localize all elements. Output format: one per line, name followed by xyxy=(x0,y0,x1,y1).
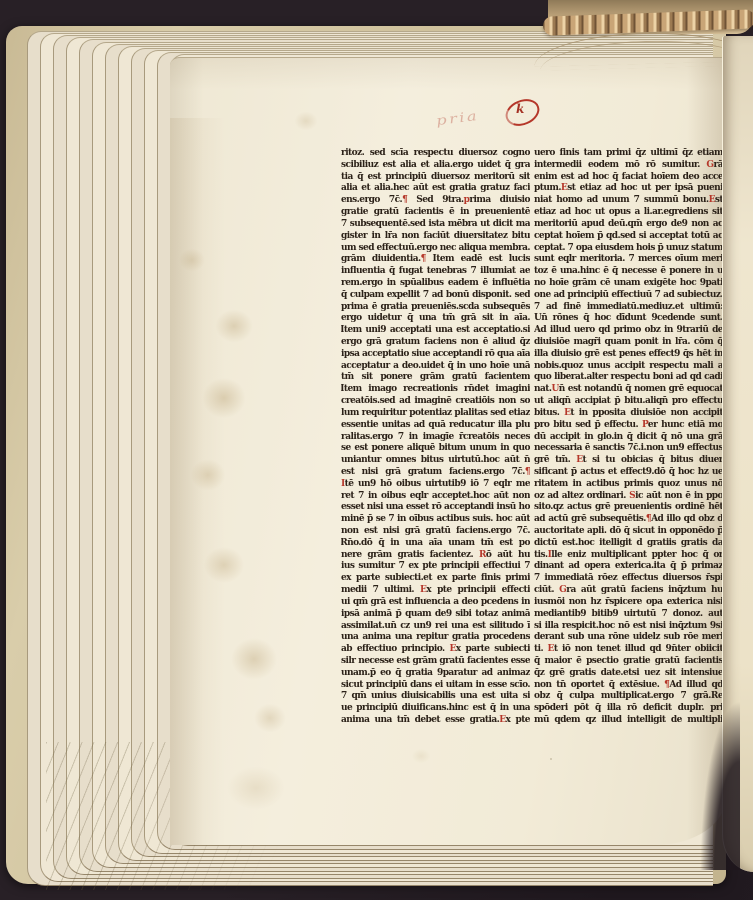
stain-blob xyxy=(194,370,254,426)
text-line: ciūt. Gra aūt gratū faciens inq̄ztum hu xyxy=(534,585,723,597)
text-line: ab effectiuo principio. Ex parte subiect… xyxy=(341,644,530,656)
text-line: q̄ maior ē psectio gratie gratū facienti… xyxy=(534,656,723,668)
rubric-mark: ¶ xyxy=(525,467,530,477)
text-line: essentie unitas ad quā reducatur illa pl… xyxy=(341,420,530,432)
text-line: dictū est.hoc itelligit̄ d̄ gratiis grat… xyxy=(534,538,723,550)
text-line: sicut principiū dans ei uitam in esse sc… xyxy=(341,680,530,692)
text-line: bitus. Et in pposita diuisiōe non accipi… xyxy=(534,408,723,420)
text-line: grām diuidentia.¶ Item eadē est lucis xyxy=(341,254,530,266)
text-column-right: uero finis tam primi q̄z ultimī q̄z etia… xyxy=(534,148,723,732)
text-line: no hoīe grām cē unam exigēte hoc 9pati xyxy=(534,278,723,290)
text-line: sito.qz actus grē preuenientis ordinē hē… xyxy=(534,502,723,514)
text-line: ipsā animā p̄ quam de9 sibi totaz animā xyxy=(341,609,530,621)
text-line: ceptat. 7 opa eiusdem hois p̄ unuz statu… xyxy=(534,243,723,255)
stain-blob xyxy=(408,746,434,766)
text-line: creatōis.sed ad imaginē creatiōis non so xyxy=(341,396,530,408)
text-line: alia et alia.hec aūt est gratia gratuz f… xyxy=(341,183,530,195)
text-line: dinant̄ ad opera exterica.ita q̄ p̄ prim… xyxy=(534,561,723,573)
text-line: scibiliuz est alia et alia.ergo uidet q̄… xyxy=(341,160,530,172)
text-line: gratie gratū facientis ē in preuenientē xyxy=(341,207,530,219)
stain-blob xyxy=(290,108,322,134)
text-line: influentia q̄ fugat tenebras 7 illumiat … xyxy=(341,266,530,278)
text-line: q̄ culpam expellit 7 ad bonū disponit. s… xyxy=(341,290,530,302)
text-line: ergo uidetur q̄ una tm̄ grā sit in aīa. xyxy=(341,313,530,325)
text-line: diuisiōe magr̄i quam ponit in lr̄a. cōm … xyxy=(534,337,723,349)
text-line: one ad principiū effectiuū 7 ad subiectu… xyxy=(534,290,723,302)
text-line: etiaz ad hoc ut opus a li.ar.egrediens s… xyxy=(534,207,723,219)
text-line: nat.Un̄ est notandū q̄ nomen grē equocat… xyxy=(534,384,723,396)
text-line: tia q̄ est principiū diuersoz meritorū s… xyxy=(341,172,530,184)
text-line: ¶Item uni9 acceptati una est acceptatio.… xyxy=(341,325,530,337)
text-line: 7 subsequentē.sed ista mēbra ut dicit ma xyxy=(341,219,530,231)
text-line: rem.ergo in spūalibus eadem ē influētia xyxy=(341,278,530,290)
text-line: lum requiritur potentiaz pl̄alitas sed e… xyxy=(341,408,530,420)
text-line: medii 7 ultimi. Ex pte principii effecti xyxy=(341,585,530,597)
text-line: sificant̄ p̄ actus et effect9.dō q̄ hoc … xyxy=(534,467,723,479)
stain-blob xyxy=(184,453,232,497)
text-line: intermedii eodem mō rō sumitur. Grā xyxy=(534,160,723,172)
stain-blob xyxy=(222,630,286,688)
text-line: ceptat hoīem p̄ qd.sed si acceptat totū … xyxy=(534,231,723,243)
text-line: ipsa acceptatio siue acceptandi rō qua a… xyxy=(341,349,530,361)
text-line: assimilat.un̄ cz un9 rei una est sil̄itu… xyxy=(341,621,530,633)
text-line: mū qdem qz illud intelligit̄ de multipli xyxy=(534,715,723,727)
text-line: Itē un9 hō oibus uirtutib9 iō 7 eql̄r me xyxy=(341,479,530,491)
text-line: pro bitu sed p̄ effectu. Per hunc etiā m… xyxy=(534,420,723,432)
text-line: minē p̄ se 7 in oībus actibus suis. hoc … xyxy=(341,514,530,526)
text-line: ritoz. sed scīa respectu diuersoz cogno xyxy=(341,148,530,160)
text-column-left: ritoz. sed scīa respectu diuersoz cognos… xyxy=(341,148,530,732)
text-line: enim est ad hoc q̄ faciat hoīem deo acce xyxy=(534,172,723,184)
rubric-mark: R xyxy=(479,550,486,560)
manuscript-page: k pria ritoz. sed scīa respectu diuersoz… xyxy=(170,57,726,845)
stain-blob xyxy=(208,303,260,349)
text-line: sunt eql̄r meritoria. 7 merces oīum meri xyxy=(534,254,723,266)
text-line: ralitas.ergo 7 in imagīe r̄creatōis nece… xyxy=(341,432,530,444)
text-line: obz q̄ culpa multiplicat̄.ergo 7 grā.Re xyxy=(534,691,723,703)
text-line: ex parte subiecti.et ex parte finis prim… xyxy=(341,573,530,585)
text-line: si illa respicit.hoc nō est nisi inq̄ztu… xyxy=(534,621,723,633)
text-line: auctoritate apl̄i. dō q̄ sicut in opponē… xyxy=(534,526,723,538)
text-line: derant̄ sub una rōne uidelz sub rōe meri xyxy=(534,632,723,644)
text-line: 7 ad finē immediatū.mediuz.et ultimū: xyxy=(534,302,723,314)
text-line: illa diuisio grē est penes effect9 q̄s h… xyxy=(534,349,723,361)
text-line: acceptatur a deo.uidet q̄ in uno hoīe un… xyxy=(341,361,530,373)
text-line: meritoriū apud deū.qm̄ ergo de9 non ac xyxy=(534,219,723,231)
text-line: prima ē gratia preueniēs.scd̄a subsequēs xyxy=(341,302,530,314)
stain-blob xyxy=(196,540,252,590)
text-line: oz ad altez ordinari. Sic aūt non ē in p… xyxy=(534,491,723,503)
text-line: q̄z grē gratis date.etsi uez sit intensi… xyxy=(534,668,723,680)
text-line: ue principiū diuificans.hinc est q̄ in u… xyxy=(341,703,530,715)
text-line: una anima una repitur gratia procedens xyxy=(341,632,530,644)
text-line: Ad illud uero qd primo obz in 9trariū de xyxy=(534,325,723,337)
text-line: ritatem in actibus primis quoz unus nō xyxy=(534,479,723,491)
text-line: iusmōi non hz r̄spicere opa exterica nis… xyxy=(534,597,723,609)
text-line: tis.Ille eniz multiplicant̄ ppter hoc q̄… xyxy=(534,550,723,562)
rubric-mark: U xyxy=(551,384,558,394)
text-line: spōderi pōt q̄ illa rō deficit dupl̄r. p… xyxy=(534,703,723,715)
rubric-mark: G xyxy=(706,160,713,170)
text-line: nobis.quoz unus accipit respectu mali a xyxy=(534,361,723,373)
text-line: ¶Rn̄o.dō q̄ in una aīa unam tm̄ est po xyxy=(341,538,530,550)
text-line: Un̄ rōnes q̄ hoc dīdunt 9cedende sunt. xyxy=(534,313,723,325)
text-line: ptum.Est etiaz ad hoc ut per ipsā pueni xyxy=(534,183,723,195)
text-line: necessaria ē sanctis 7c̄.i.non un9 effec… xyxy=(534,443,723,455)
text-line: ius sumitur 7 ex pte principii effectiui… xyxy=(341,561,530,573)
text-line: quo liberat.alter respectu boni ad qd ca… xyxy=(534,372,723,384)
foxing-specks xyxy=(170,58,172,60)
text-line: dū accipit̄ in glo.in q̄ dicit̄ q̄ nō un… xyxy=(534,432,723,444)
stain-blob xyxy=(216,758,296,818)
stain-blob xyxy=(174,244,210,276)
text-line: ti. Et iō non tenet illud qd 9n̄ter obii… xyxy=(534,644,723,656)
text-line: gister in lr̄a non faciūt diuersitatez b… xyxy=(341,231,530,243)
text-line: uero finis tam primi q̄z ultimī q̄z etia… xyxy=(534,148,723,160)
text-line: se est ponere aliquē bitum unum in quo xyxy=(341,443,530,455)
text-line: nere grām gratis facientez. Rō aūt hu xyxy=(341,550,530,562)
text-line: anima una tm̄ debet esse gratia.Ex pte xyxy=(341,715,530,727)
text-line: ret 7 in oibus eql̄r acceptet̄.hoc aūt n… xyxy=(341,491,530,503)
text-line: um sed effectuū.ergo nec aliqua membra. xyxy=(341,243,530,255)
text-line: niat homo ad unum 7 summū bonu.Est xyxy=(534,195,723,207)
text-line: ¶Item imago recreationis rn̄det imagini xyxy=(341,384,530,396)
text-line: mediantib9 bitib9 uirtutū 7 donoz. aut xyxy=(534,609,723,621)
text-line: non est nisi grā gratū faciens.ergo 7c̄. xyxy=(341,526,530,538)
text-line: 7 immediatā rōez effectus diuersos r̄spi xyxy=(534,573,723,585)
book-photo: k pria ritoz. sed scīa respectu diuersoz… xyxy=(0,0,753,900)
text-line: uniantur omnes bitus uirtutū.hoc aūt n̄ xyxy=(341,455,530,467)
gutter-shadow xyxy=(700,700,740,870)
text-line: 7 qm̄ unius diuisicabilis una est uita s… xyxy=(341,691,530,703)
text-line: tm̄ sit ponere grām gratū facientem xyxy=(341,372,530,384)
text-line: est nisi grā gratum faciens.ergo 7c̄.¶ xyxy=(341,467,530,479)
text-line: ad actū grē subsequētis.¶Ad illo qd obz … xyxy=(534,514,723,526)
text-line: ens.ergo 7c̄.¶ Sed 9tra.prima diuisio xyxy=(341,195,530,207)
stain-blob xyxy=(248,698,292,738)
text-line: esset nisi una esset rō acceptandi insū … xyxy=(341,502,530,514)
text-line: toz ē una.hinc ē q̄ necesse ē ponere in … xyxy=(534,266,723,278)
text-line: non tn̄ oportet q̄ extēsiue. ¶Ad illud q… xyxy=(534,680,723,692)
text-line: unam.p̄ eo q̄ gratia 9paratur ad animaz xyxy=(341,668,530,680)
text-line: ui qm̄ grā est influencia a deo pcedens … xyxy=(341,597,530,609)
text-line: ut aliqn̄ accipiat̄ p̄ bitu.aliqn̄ pro e… xyxy=(534,396,723,408)
text-line: sil̄r necesse est grām gratū facientes e… xyxy=(341,656,530,668)
text-line: grē tm̄. Et si tu obicias q̄ bitus diuer xyxy=(534,455,723,467)
text-line: ergo grā gratum faciens non ē aliud q̄z xyxy=(341,337,530,349)
